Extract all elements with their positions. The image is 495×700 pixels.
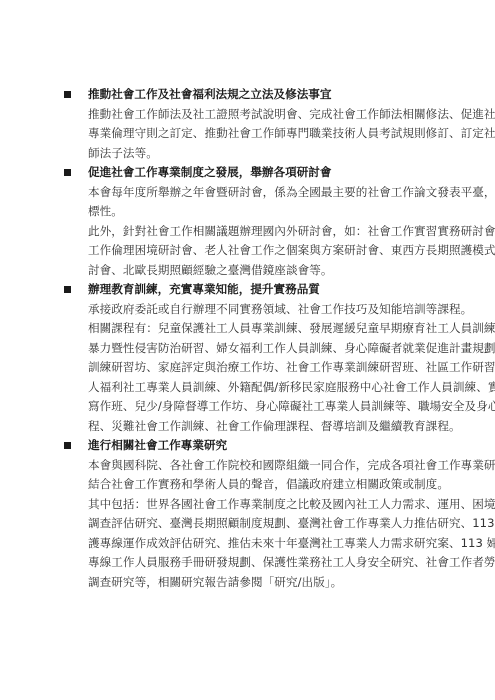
paragraph: 此外，針對社會工作相關議題辦理國內外研討會，如：社會工作實習實務研討會、社會 工…	[0, 222, 460, 281]
text-line: 討會、北歐長期照顧經驗之臺灣借鏡座談會等。	[88, 261, 460, 281]
text-line: 相關課程有：兒童保護社工人員專業訓練、發展遲緩兒童早期療育社工人員訓練、家庭	[88, 319, 460, 339]
text-line: 工作倫理困境研討會、老人社會工作之個案與方案研討會、東西方長期照護模式比較研	[88, 241, 460, 261]
section-seminars: 促進社會工作專業制度之發展，舉辦各項研討會 本會每年度所舉辦之年會暨研討會，係為…	[0, 163, 495, 280]
text-line: 暴力暨性侵害防治研習、婦女福利工作人員訓練、身心障礙者就業促進計畫規劃與評估	[88, 339, 460, 359]
section-heading-text: 進行相關社會工作專業研究	[88, 438, 227, 452]
paragraph: 本會每年度所舉辦之年會暨研討會，係為全國最主要的社會工作論文發表平臺，深具指 標…	[0, 183, 460, 222]
text-line: 本會每年度所舉辦之年會暨研討會，係為全國最主要的社會工作論文發表平臺，深具指	[88, 183, 460, 203]
text-line: 專業倫理守則之訂定、推動社會工作師專門職業技術人員考試規則修訂、訂定社會工作	[88, 124, 460, 144]
text-line: 調查研究等，相關研究報告請參閱「研究/出版」。	[88, 573, 460, 593]
text-line: 護專線運作成效評估研究、推估未來十年臺灣社工專業人力需求研究案、113 婦幼保護	[88, 534, 460, 554]
section-heading-text: 辦理教育訓練，充實專業知能，提升實務品質	[88, 282, 320, 296]
section-legislation: 推動社會工作及社會福利法規之立法及修法事宜 推動社會工作師法及社工證照考試說明會…	[0, 85, 495, 163]
section-heading: 促進社會工作專業制度之發展，舉辦各項研討會	[0, 163, 495, 183]
black-square-bullet-icon	[64, 91, 71, 98]
paragraph: 相關課程有：兒童保護社工人員專業訓練、發展遲緩兒童早期療育社工人員訓練、家庭 暴…	[0, 319, 460, 436]
paragraph: 其中包括：世界各國社會工作專業制度之比較及國內社工人力需求、運用、困境因應之 調…	[0, 495, 460, 593]
text-line: 本會與國科院、各社會工作院校和國際組織一同合作，完成各項社會工作專業研究，並	[88, 456, 460, 476]
text-line: 調查評估研究、臺灣長期照顧制度規劃、臺灣社會工作專業人力推估研究、113 婦幼保	[88, 514, 460, 534]
section-research: 進行相關社會工作專業研究 本會與國科院、各社會工作院校和國際組織一同合作，完成各…	[0, 436, 495, 592]
document-page: 推動社會工作及社會福利法規之立法及修法事宜 推動社會工作師法及社工證照考試說明會…	[0, 85, 495, 592]
text-line: 程、災難社會工作訓練、社會工作倫理課程、督導培訓及繼續教育課程。	[88, 417, 460, 437]
section-heading-text: 促進社會工作專業制度之發展，舉辦各項研討會	[88, 165, 331, 179]
black-square-bullet-icon	[64, 169, 71, 176]
text-line: 訓練研習坊、家庭評定與治療工作坊、社會工作專業訓練研習班、社區工作研習坊、老	[88, 358, 460, 378]
text-line: 結合社會工作實務和學術人員的聲音，倡議政府建立相關政策或制度。	[88, 475, 460, 495]
black-square-bullet-icon	[64, 442, 71, 449]
section-heading: 辦理教育訓練，充實專業知能，提升實務品質	[0, 280, 495, 300]
paragraph: 推動社會工作師法及社工證照考試說明會、完成社會工作師法相關修法、促進社會工作 專…	[0, 105, 460, 164]
paragraph: 承接政府委託或自行辦理不同實務領域、社會工作技巧及知能培訓等課程。	[0, 300, 460, 320]
paragraph: 本會與國科院、各社會工作院校和國際組織一同合作，完成各項社會工作專業研究，並 結…	[0, 456, 460, 495]
text-line: 人福利社工專業人員訓練、外籍配偶/新移民家庭服務中心社會工作人員訓練、實務論文	[88, 378, 460, 398]
text-line: 推動社會工作師法及社工證照考試說明會、完成社會工作師法相關修法、促進社會工作	[88, 105, 460, 125]
text-line: 師法子法等。	[88, 144, 460, 164]
section-heading: 進行相關社會工作專業研究	[0, 436, 495, 456]
black-square-bullet-icon	[64, 286, 71, 293]
text-line: 專線工作人員服務手冊研發規劃、保護性業務社工人身安全研究、社會工作者勞動薪資	[88, 553, 460, 573]
text-line: 寫作班、兒少/身障督導工作坊、身心障礙社工專業人員訓練等、職場安全及身心健康課	[88, 397, 460, 417]
text-line: 承接政府委託或自行辦理不同實務領域、社會工作技巧及知能培訓等課程。	[88, 300, 460, 320]
section-heading-text: 推動社會工作及社會福利法規之立法及修法事宜	[88, 87, 331, 101]
text-line: 其中包括：世界各國社會工作專業制度之比較及國內社工人力需求、運用、困境因應之	[88, 495, 460, 515]
text-line: 此外，針對社會工作相關議題辦理國內外研討會，如：社會工作實習實務研討會、社會	[88, 222, 460, 242]
section-training: 辦理教育訓練，充實專業知能，提升實務品質 承接政府委託或自行辦理不同實務領域、社…	[0, 280, 495, 436]
text-line: 標性。	[88, 202, 460, 222]
section-heading: 推動社會工作及社會福利法規之立法及修法事宜	[0, 85, 495, 105]
